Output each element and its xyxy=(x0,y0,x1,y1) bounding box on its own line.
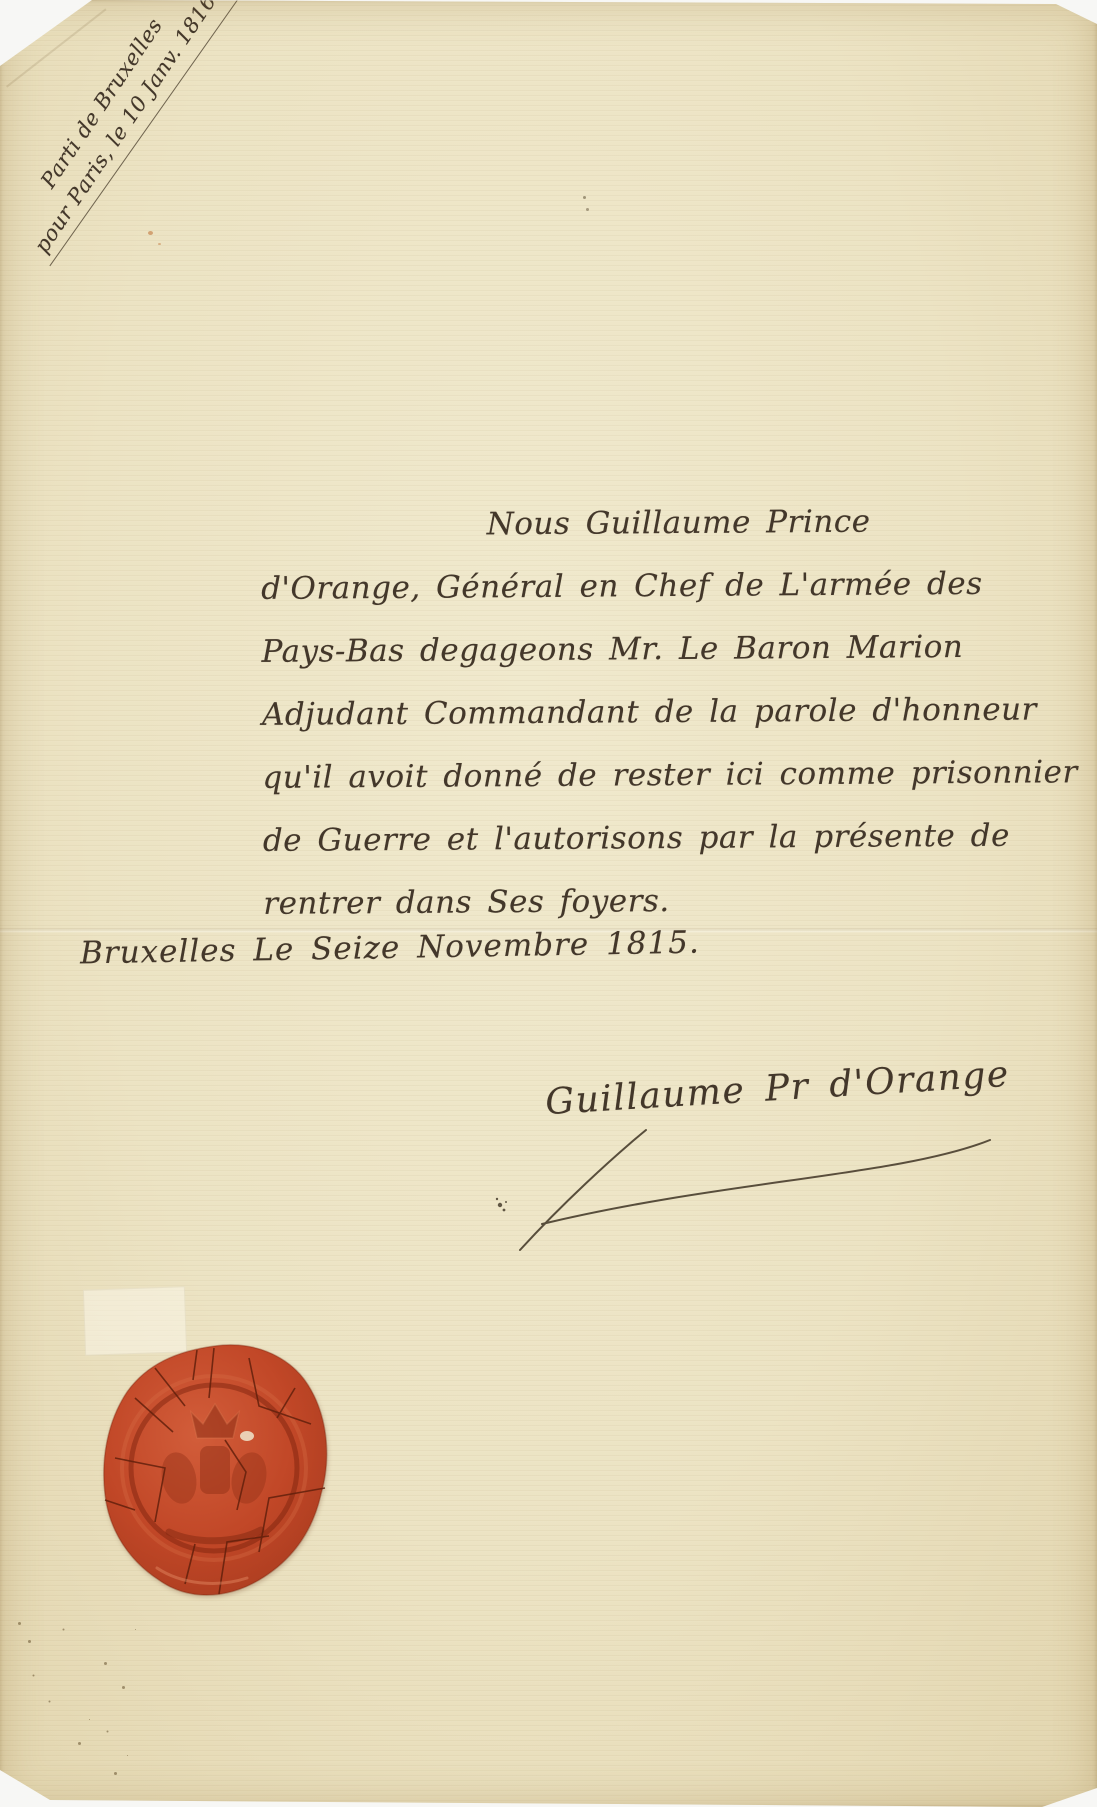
ink-dots xyxy=(583,196,586,199)
wax-seal-icon xyxy=(97,1340,334,1606)
body-line: d'Orange, Général en Chef de L'armée des xyxy=(261,552,1093,621)
letter-page: Parti de Bruxelles pour Paris, le 10 Jan… xyxy=(0,0,1097,1807)
body-line: Adjudant Commandant de la parole d'honne… xyxy=(262,678,1094,747)
seal-shield-icon xyxy=(200,1446,230,1494)
letter-body: Nous Guillaume Prince d'Orange, Général … xyxy=(260,489,1095,936)
signature: Guillaume Pr d'Orange xyxy=(544,1054,1011,1123)
signature-flourish xyxy=(470,1118,1010,1263)
torn-corner-crease xyxy=(6,8,107,87)
speck-cluster xyxy=(18,1622,21,1625)
rust-stain xyxy=(148,231,153,235)
body-line: de Guerre et l'autorisons par la présent… xyxy=(263,804,1095,873)
body-line: Pays-Bas degageons Mr. Le Baron Marion xyxy=(261,615,1093,684)
body-line: Nous Guillaume Prince xyxy=(260,489,1092,558)
archival-note: Parti de Bruxelles pour Paris, le 10 Jan… xyxy=(0,0,243,277)
body-line: qu'il avoit donné de rester ici comme pr… xyxy=(262,741,1094,810)
ink-blot xyxy=(496,1198,507,1212)
